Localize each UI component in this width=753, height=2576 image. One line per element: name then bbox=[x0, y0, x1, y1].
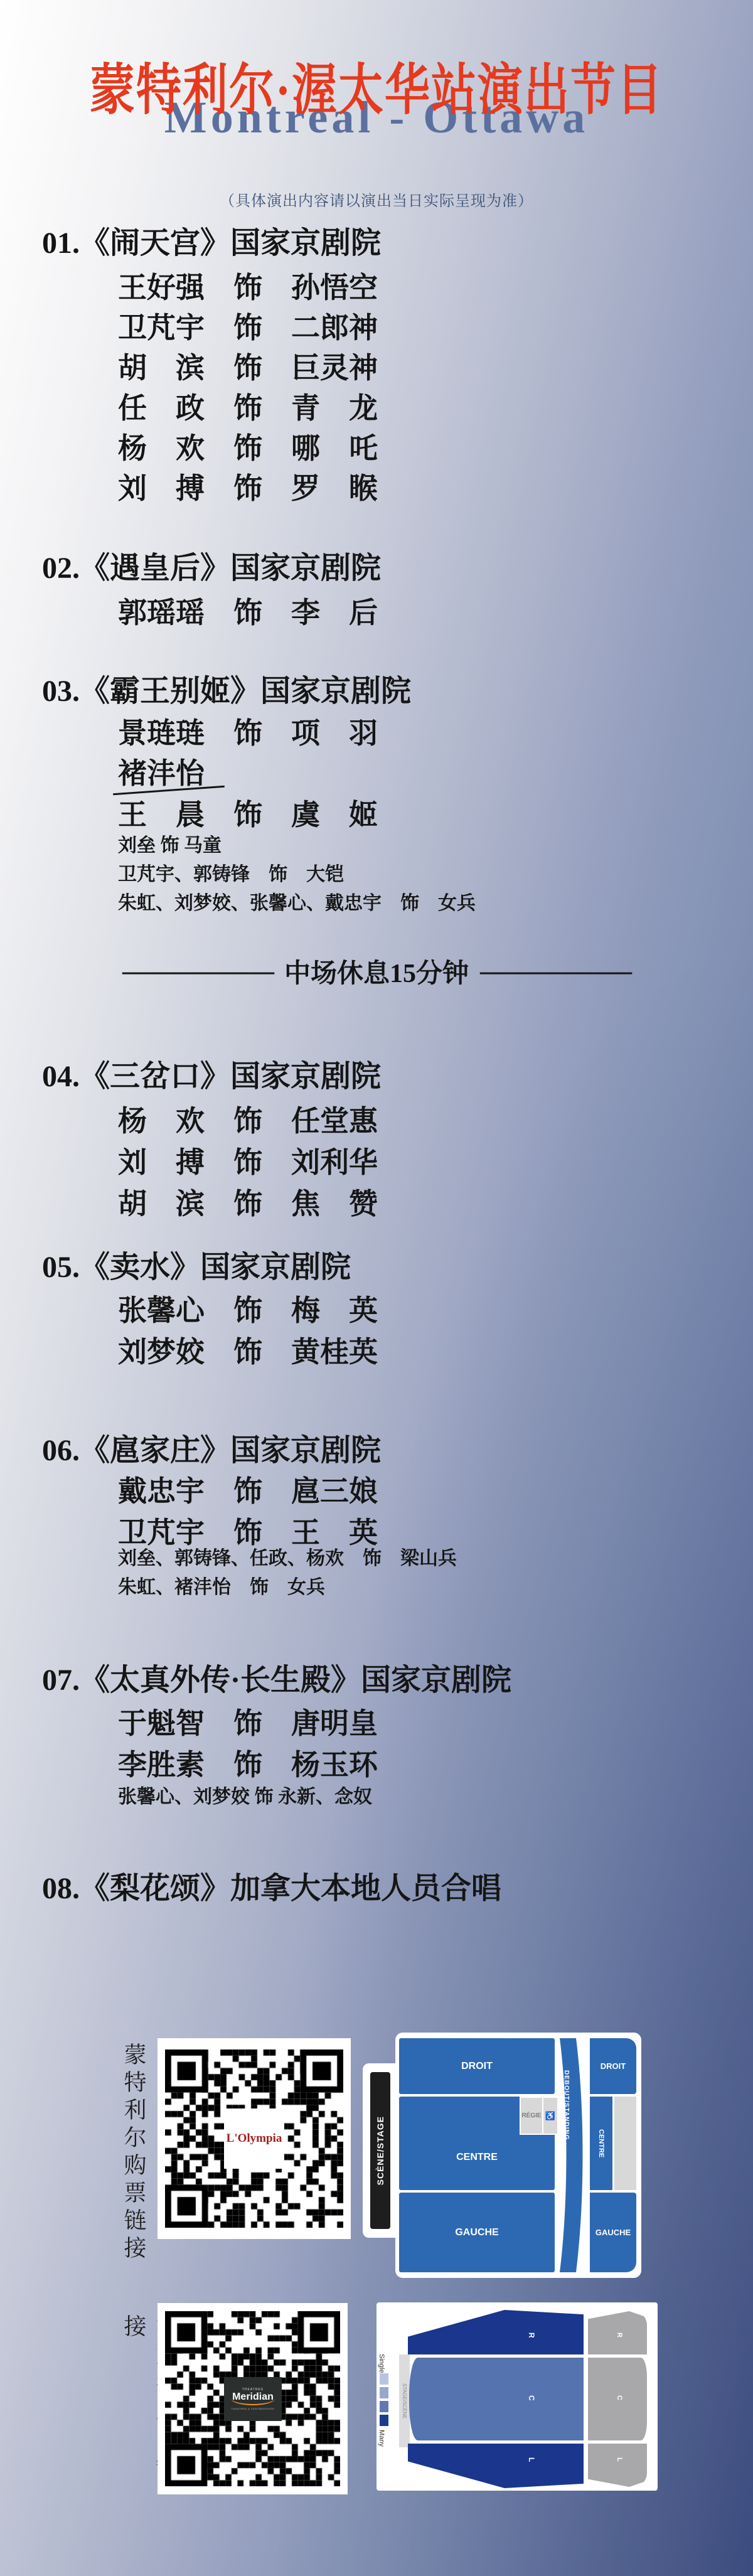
legend-swatch bbox=[380, 2415, 388, 2426]
cast-line: 杨 欢 饰 任堂惠 bbox=[118, 1106, 378, 1138]
section-label: GAUCHE bbox=[595, 2228, 631, 2237]
montreal-ticket-qr-code[interactable]: L'Olympia bbox=[158, 2038, 351, 2239]
cast-line-small: 刘垒、郭铸锋、任政、杨欢 饰 梁山兵 bbox=[118, 1547, 457, 1570]
section-label: R bbox=[616, 2333, 623, 2338]
stage-label: STAGE/SCÈNE bbox=[402, 2383, 407, 2418]
montreal-ticket-label: 蒙特利尔购票链接 bbox=[118, 2043, 150, 2263]
section-rear-gauche: GAUCHE bbox=[590, 2193, 636, 2272]
cast-line: 李胜素 饰 杨玉环 bbox=[118, 1750, 378, 1782]
section-front-centre: C bbox=[409, 2358, 584, 2440]
section-front-left: L bbox=[408, 2444, 584, 2488]
cast-line: 王 晨 饰 虞 姬 bbox=[118, 799, 378, 831]
page-title: 蒙特利尔·渥太华站演出节目 bbox=[0, 45, 753, 125]
intermission-label: 中场休息15分钟 bbox=[284, 953, 469, 990]
cast-line: 刘 搏 饰 罗 睺 bbox=[118, 473, 378, 505]
section-label: R bbox=[527, 2333, 536, 2338]
meridian-logo: THEATRES Meridian THEATRES & CENTREPOINT… bbox=[224, 2377, 282, 2421]
section-label: L bbox=[527, 2457, 536, 2462]
cast-line: 任 政 饰 青 龙 bbox=[118, 393, 378, 425]
section-heading: 07.《太真外传·长生殿》国家京剧院 bbox=[42, 1664, 511, 1697]
cast-line: 胡 滨 饰 焦 赞 bbox=[118, 1189, 378, 1221]
meridian-logo-brand: Meridian bbox=[231, 2392, 275, 2405]
section-rear-left: L bbox=[588, 2444, 647, 2487]
legend-swatch bbox=[380, 2373, 388, 2385]
ottawa-ticket-qr-code[interactable]: THEATRES Meridian THEATRES & CENTREPOINT… bbox=[158, 2303, 348, 2494]
dash-line: —————— bbox=[480, 956, 631, 986]
standing-strip bbox=[555, 2038, 590, 2272]
legend-swatch bbox=[380, 2387, 388, 2398]
cast-line: 杨 欢 饰 哪 吒 bbox=[118, 433, 378, 465]
cast-line-small: 张馨心、刘梦姣 饰 永新、念奴 bbox=[118, 1786, 372, 1809]
regie-label: RÉGIE bbox=[521, 2098, 543, 2134]
cast-line: 于魁智 饰 唐明皇 bbox=[118, 1708, 378, 1740]
section-label: CENTRE bbox=[597, 2129, 605, 2157]
meridian-logo-caption: THEATRES & CENTREPOINTE bbox=[232, 2407, 275, 2410]
section-heading: 04.《三岔口》国家京剧院 bbox=[42, 1061, 381, 1094]
seatmap-ottawa: Singles Many STAGE/SCÈNE R C L R C L bbox=[376, 2302, 658, 2491]
section-heading: 03.《霸王别姬》国家京剧院 bbox=[42, 675, 411, 708]
legend-swatch bbox=[380, 2401, 388, 2412]
cast-line: 张馨心 饰 梅 英 bbox=[118, 1295, 378, 1327]
cast-line: 郭瑶瑶 饰 李 后 bbox=[118, 597, 378, 629]
section-label: C bbox=[616, 2395, 623, 2400]
seatmap-montreal: SCÈNE/STAGE DROIT CENTRE RÉGIE ♿ GAUCHE … bbox=[395, 2033, 641, 2278]
cast-line: 胡 滨 饰 巨灵神 bbox=[118, 353, 378, 385]
section-heading: 06.《扈家庄》国家京剧院 bbox=[42, 1435, 381, 1468]
cast-line-small: 刘垒 饰 马童 bbox=[118, 835, 222, 857]
section-rear-droit: DROIT bbox=[590, 2038, 636, 2094]
disclaimer-note: （具体演出内容请以演出当日实际呈现为准） bbox=[0, 188, 753, 210]
cast-line: 王好强 饰 孙悟空 bbox=[118, 272, 378, 304]
section-label: CENTRE bbox=[399, 2152, 555, 2163]
cast-line: 刘 搏 饰 刘利华 bbox=[118, 1147, 378, 1179]
section-rear-centre: CENTRE bbox=[590, 2097, 612, 2190]
stage-bar: STAGE/SCÈNE bbox=[399, 2354, 410, 2447]
section-front-centre: CENTRE RÉGIE ♿ bbox=[399, 2097, 555, 2190]
section-rear-centre: C bbox=[588, 2358, 647, 2440]
cast-line-small: 朱虹、刘梦姣、张馨心、戴忠宇 饰 女兵 bbox=[118, 892, 476, 915]
rear-gray-box bbox=[614, 2097, 636, 2190]
stage-label: SCÈNE/STAGE bbox=[375, 2116, 385, 2185]
cast-line: 景琏琏 饰 项 羽 bbox=[118, 718, 378, 750]
section-label: DROIT bbox=[461, 2061, 493, 2072]
section-front-droit: DROIT bbox=[399, 2038, 555, 2094]
section-front-right: R bbox=[408, 2310, 584, 2354]
section-rear-right: R bbox=[588, 2311, 647, 2354]
cast-line-small: 卫芃宇、郭铸锋 饰 大铠 bbox=[118, 863, 344, 886]
section-heading: 05.《卖水》国家京剧院 bbox=[42, 1251, 351, 1285]
cast-line: 卫芃宇 饰 二郎神 bbox=[118, 313, 378, 345]
poster-page: 蒙特利尔·渥太华站演出节目 Montreal - Ottawa （具体演出内容请… bbox=[0, 0, 753, 2576]
dash-line: —————— bbox=[122, 956, 273, 986]
section-label: GAUCHE bbox=[455, 2227, 498, 2238]
section-heading: 02.《遇皇后》国家京剧院 bbox=[42, 552, 381, 585]
legend-many-label: Many bbox=[378, 2430, 385, 2447]
cast-line: 戴忠宇 饰 扈三娘 bbox=[118, 1476, 378, 1508]
section-label: L bbox=[616, 2457, 623, 2462]
cast-line-struck: 褚沣怡 bbox=[118, 758, 205, 790]
stage-bar: SCÈNE/STAGE bbox=[370, 2072, 390, 2229]
standing-label: DEBOUT/STANDING bbox=[563, 2070, 570, 2233]
lolympia-logo: L'Olympia bbox=[224, 2108, 284, 2169]
section-heading: 08.《梨花颂》加拿大本地人员合唱 bbox=[42, 1873, 501, 1906]
section-heading: 01.《闹天宫》国家京剧院 bbox=[42, 227, 381, 260]
section-front-gauche: GAUCHE bbox=[399, 2193, 555, 2272]
section-label: C bbox=[527, 2395, 536, 2401]
intermission-divider: —————— 中场休息15分钟 —————— bbox=[0, 953, 753, 990]
regie-box: RÉGIE ♿ bbox=[520, 2097, 558, 2135]
cast-line: 刘梦姣 饰 黄桂英 bbox=[118, 1337, 378, 1369]
cast-line: 卫芃宇 饰 王 英 bbox=[118, 1517, 378, 1549]
cast-line-small: 朱虹、褚沣怡 饰 女兵 bbox=[118, 1576, 325, 1599]
section-label: DROIT bbox=[601, 2061, 626, 2071]
